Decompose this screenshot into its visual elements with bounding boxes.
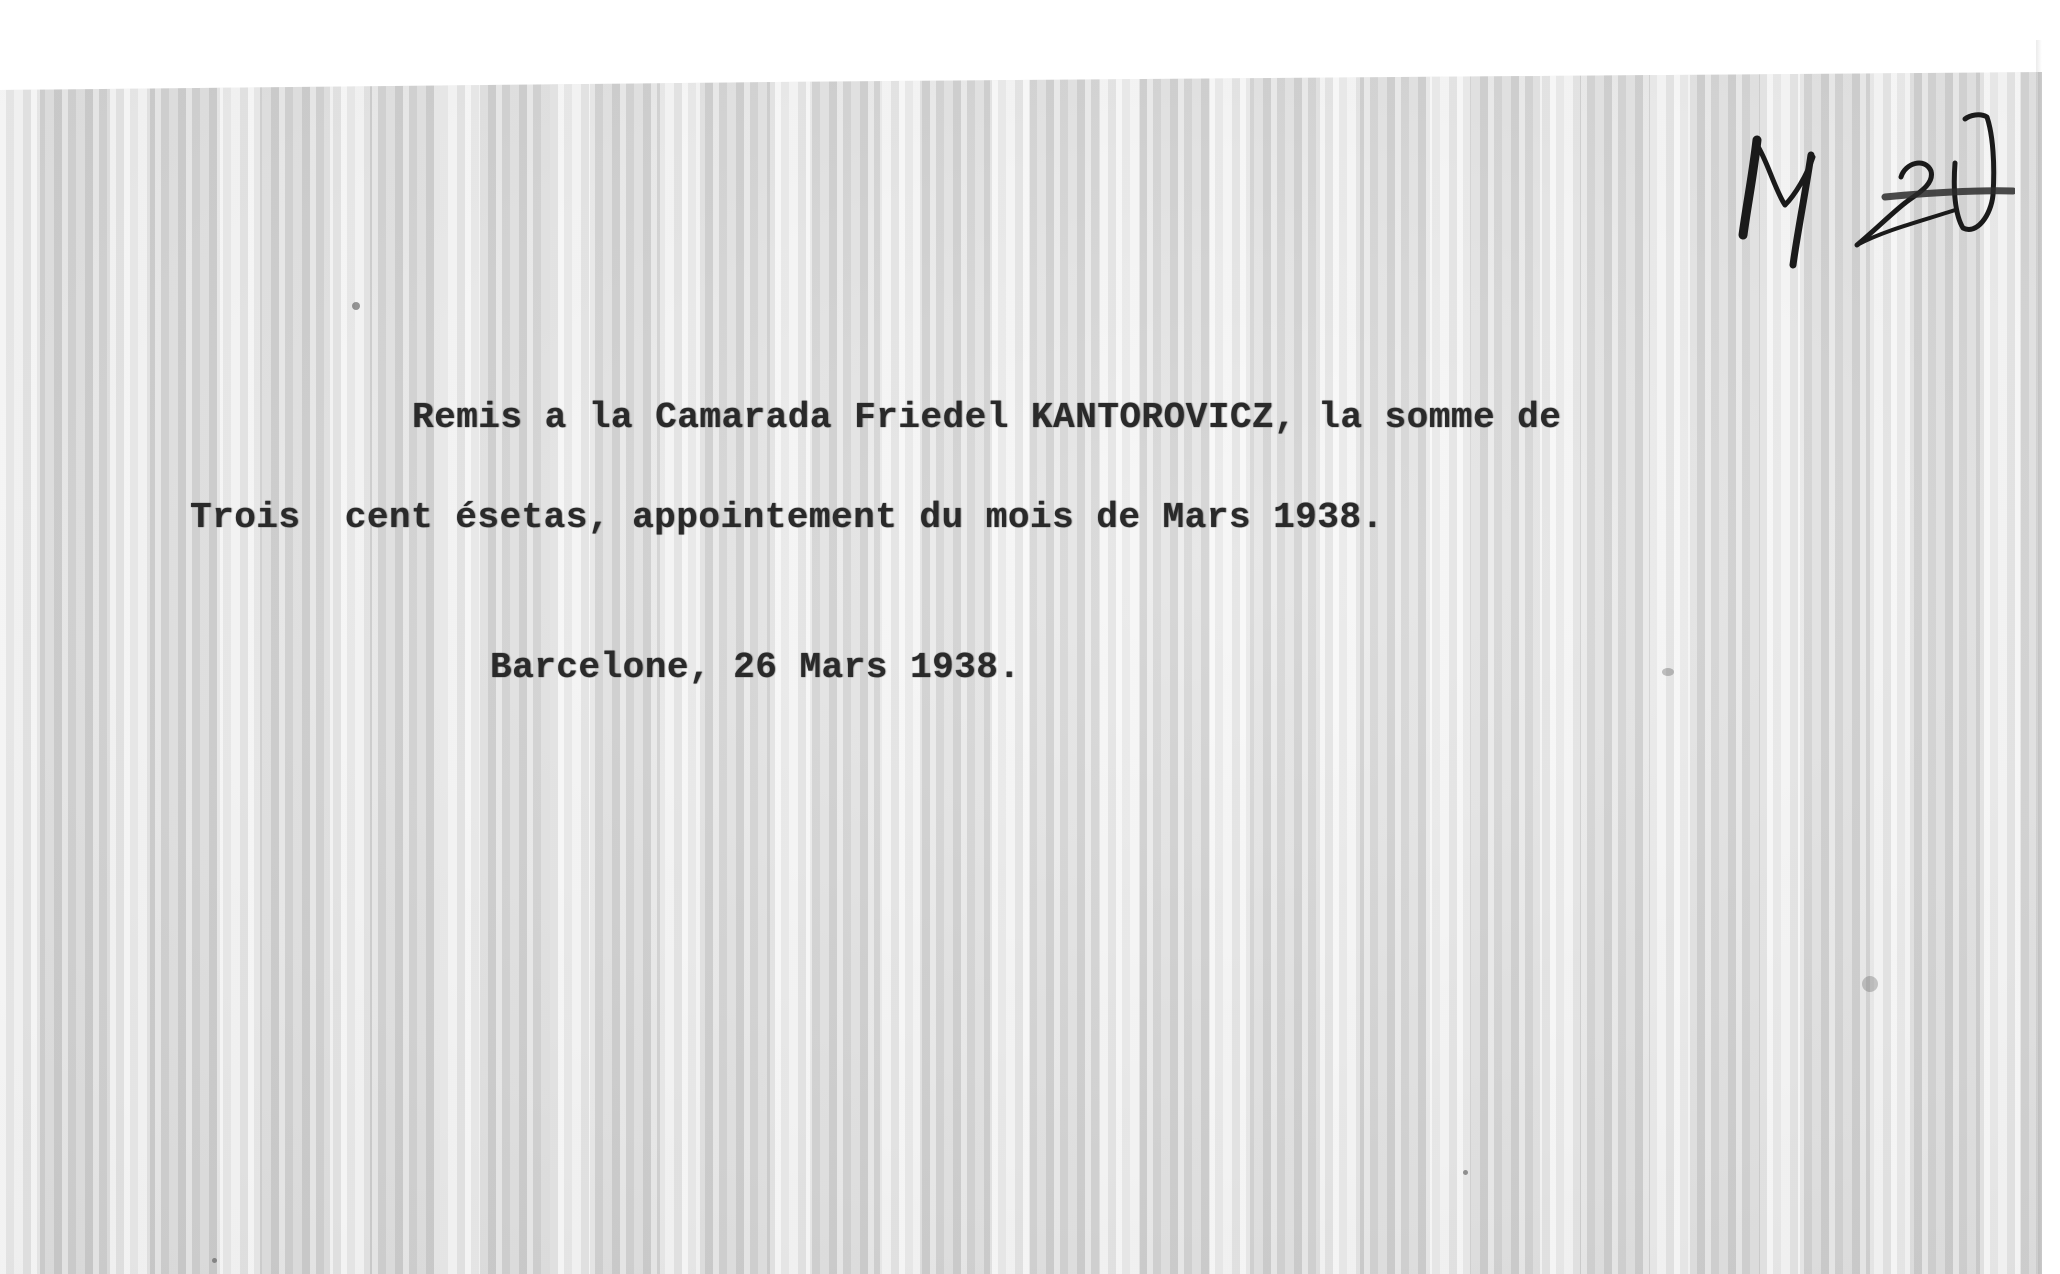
receipt-line-2: Trois cent ésetas, appointement du mois … [190,497,1384,538]
scan-speck [1662,668,1674,676]
handwriting-strokes-icon [1715,95,2015,275]
scan-speck [1463,1170,1468,1175]
scan-speck [1862,976,1878,992]
receipt-line-1: Remis a la Camarada Friedel KANTOROVICZ,… [412,397,1561,438]
scan-speck [212,1258,217,1263]
paper-edge [2036,40,2042,1274]
scan-speck [352,302,360,310]
handwritten-folio-number: 14 20 [1715,95,2015,275]
receipt-place-date: Barcelone, 26 Mars 1938. [490,647,1020,688]
